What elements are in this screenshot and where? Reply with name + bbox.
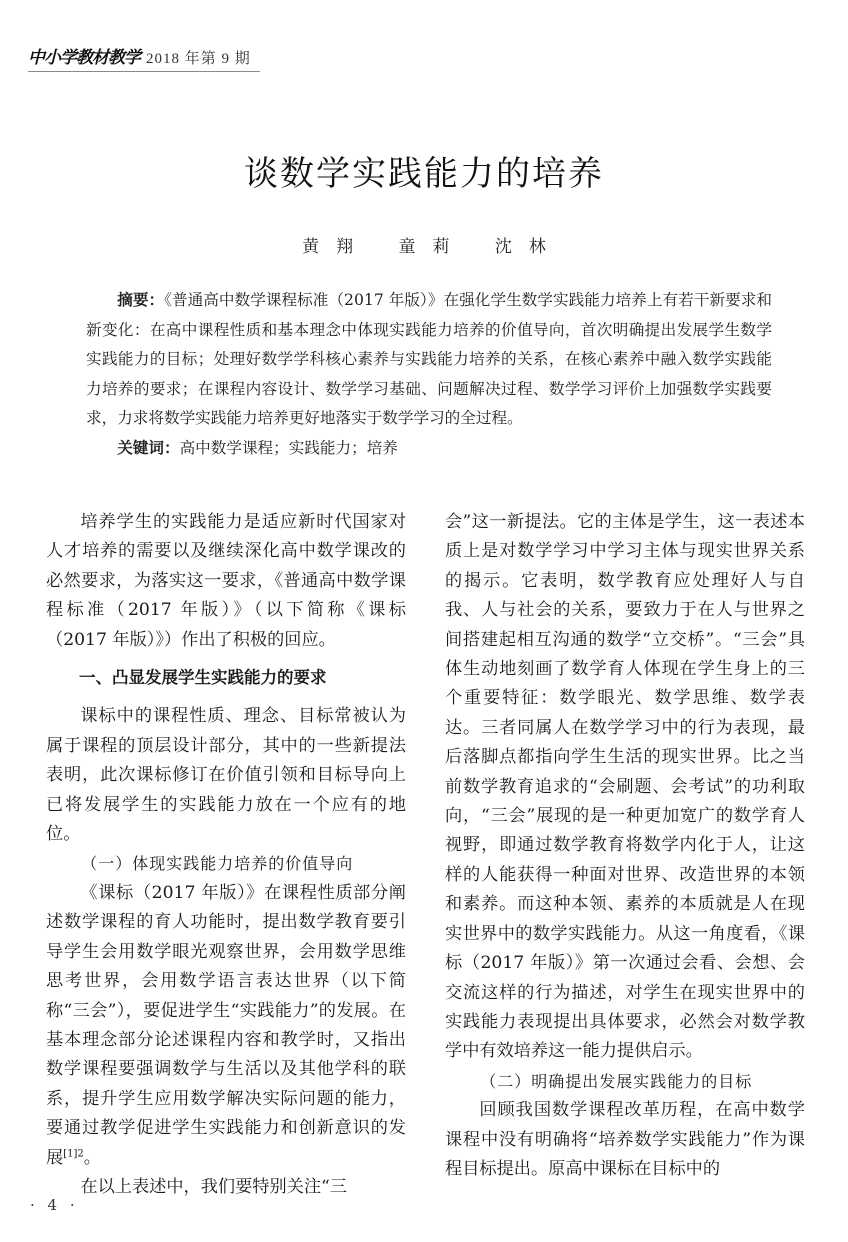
abstract-block: 摘要：《普通高中数学课程标准（2017 年版）》在强化学生数学实践能力培养上有若… <box>86 286 772 463</box>
author: 沈 林 <box>495 237 546 257</box>
journal-name: 中小学教材教学 <box>28 43 140 68</box>
left-column: 培养学生的实践能力是适应新时代国家对人才培养的需要以及继续深化高中数学课改的必然… <box>46 508 406 1202</box>
author: 黄 翔 <box>302 237 353 257</box>
right-column: 会”这一新提法。它的主体是学生，这一表述本质上是对数学学习中学习主体与现实世界关… <box>445 508 805 1184</box>
paragraph-end: 。 <box>84 1148 101 1168</box>
page-number: · 4 · <box>30 1196 79 1214</box>
author: 童 莉 <box>399 237 450 257</box>
citation: [1]2 <box>63 1148 84 1159</box>
keywords: 关键词：高中数学课程；实践能力；培养 <box>86 434 772 464</box>
keywords-label: 关键词： <box>117 439 179 457</box>
keywords-text: 高中数学课程；实践能力；培养 <box>180 439 398 457</box>
article-title: 谈数学实践能力的培养 <box>0 146 848 195</box>
issue-number: 2018 年第 9 期 <box>146 47 251 68</box>
abstract-text: 《普通高中数学课程标准（2017 年版）》在强化学生数学实践能力培养上有若干新要… <box>86 291 772 427</box>
author-list: 黄 翔 童 莉 沈 林 <box>0 232 848 257</box>
paragraph: 回顾我国数学课程改革历程，在高中数学课程中没有明确将“培养数学实践能力”作为课程… <box>445 1096 805 1184</box>
abstract-label: 摘要： <box>117 291 164 309</box>
subsection-heading: （一）体现实践能力培养的价值导向 <box>46 849 406 878</box>
running-header: 中小学教材教学 2018 年第 9 期 <box>28 44 260 72</box>
paragraph: 在以上表述中，我们要特别关注“三 <box>46 1173 406 1202</box>
paragraph-text: 《课标（2017 年版）》在课程性质部分阐述数学课程的育人功能时，提出数学教育要… <box>46 883 406 1168</box>
paragraph: 课标中的课程性质、理念、目标常被认为属于课程的顶层设计部分，其中的一些新提法表明… <box>46 702 406 849</box>
section-heading: 一、凸显发展学生实践能力的要求 <box>46 663 406 692</box>
paragraph: 培养学生的实践能力是适应新时代国家对人才培养的需要以及继续深化高中数学课改的必然… <box>46 508 406 655</box>
subsection-heading: （二）明确提出发展实践能力的目标 <box>445 1067 805 1096</box>
abstract: 摘要：《普通高中数学课程标准（2017 年版）》在强化学生数学实践能力培养上有若… <box>86 286 772 434</box>
paragraph: 《课标（2017 年版）》在课程性质部分阐述数学课程的育人功能时，提出数学教育要… <box>46 879 406 1173</box>
paragraph: 会”这一新提法。它的主体是学生，这一表述本质上是对数学学习中学习主体与现实世界关… <box>445 508 805 1067</box>
